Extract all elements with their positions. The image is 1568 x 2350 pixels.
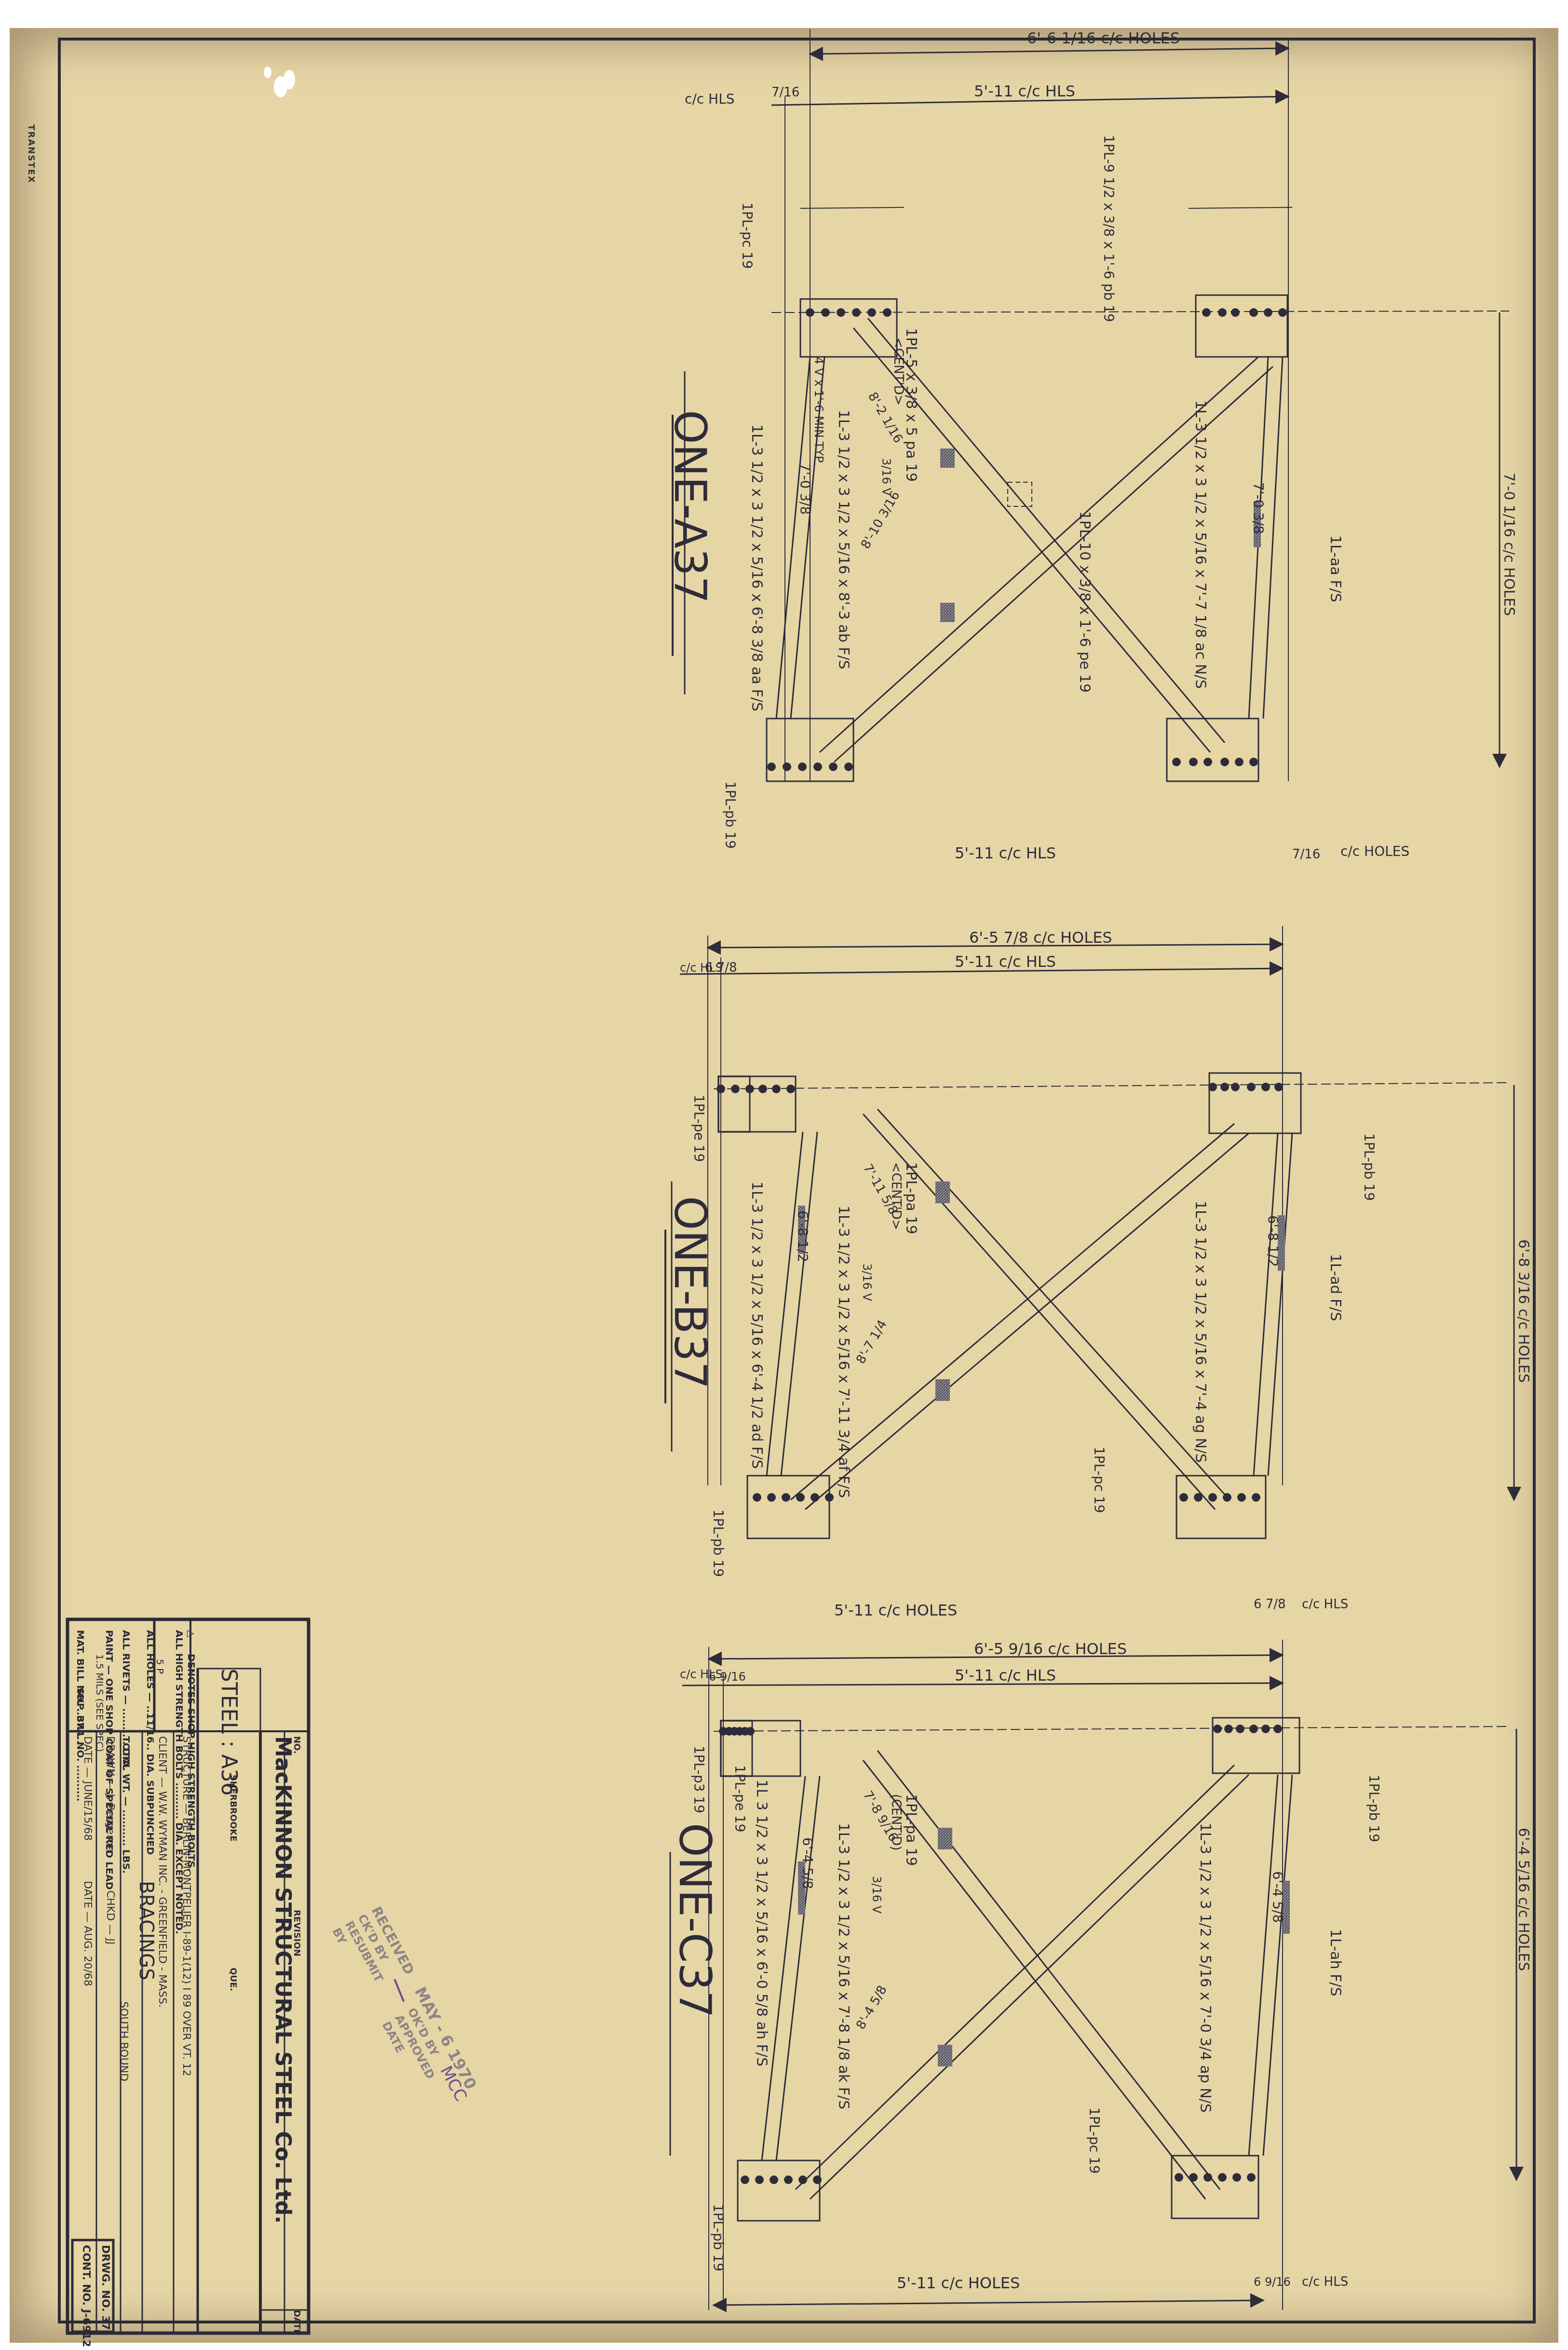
- b37-center-note: <CENT'D>: [889, 1162, 903, 1230]
- assembly-a37-labels: 6'-6 1/16 c/c HOLES 5'-11 c/c HLS 7/16 c…: [664, 29, 1517, 862]
- c37-overall-holes: 6'-5 9/16 c/c HOLES: [974, 1640, 1127, 1658]
- drawing-canvas: 6'-6 1/16 c/c HOLES 5'-11 c/c HLS 7/16 c…: [0, 0, 1568, 2350]
- c37-offset-top-label: c/c HLS: [680, 1668, 723, 1681]
- a37-weld-center: 3/16 V: [879, 458, 893, 496]
- c37-plate-bottom-left: 1PL-pb 19: [710, 2204, 726, 2271]
- revision-date-header: DATE: [292, 2310, 302, 2335]
- a37-splice-plate: 1PL-10 x 3/8 x 1'-6 pe 19: [1076, 511, 1093, 693]
- assembly-c37: [682, 1640, 1516, 2310]
- revision-no-header: NO.: [292, 1736, 302, 1754]
- b37-plate-bottom-right: 1PL-pc 19: [1091, 1447, 1107, 1513]
- a37-weld-note: 4 V x 1'-6 MIN TYP: [812, 357, 825, 462]
- c37-diagonal-length-2: 8'-4 5/8: [853, 1983, 890, 2032]
- b37-span-top: 5'-11 c/c HLS: [955, 952, 1056, 971]
- company-city: SHERBROOKE: [228, 1775, 238, 1842]
- drawing-subtitle: SOUTH BOUND: [118, 2001, 130, 2081]
- a37-height-holes: 7'-0 1/16 c/c HOLES: [1500, 473, 1517, 616]
- b37-height-holes: 6'-8 3/16 c/c HOLES: [1515, 1239, 1532, 1383]
- b37-left-post-length: 6'-8 1/2: [795, 1210, 811, 1262]
- a37-offset-bottom-label: c/c HOLES: [1340, 843, 1409, 859]
- b37-right-post-length: 6'-8 1/2: [1265, 1215, 1281, 1267]
- a37-plate-bottom-left: 1PL-pb 19: [722, 781, 738, 849]
- company-province: QUE.: [228, 1968, 238, 1991]
- b37-offset-top-label: c/c HLS: [680, 961, 723, 975]
- c37-left-post: 1L 3 1/2 x 3 1/2 x 5/16 x 6'-0 5/8 ah F/…: [753, 1779, 770, 2066]
- punch-holes: [264, 67, 295, 97]
- a37-center-note: <CENT'D>: [891, 338, 906, 406]
- c37-plate-bottom-right: 1PL-pc 19: [1086, 2107, 1102, 2174]
- c37-left-post-length: 6'-4 5/8: [799, 1837, 815, 1889]
- c37-center-note: (CENT'D): [889, 1794, 903, 1850]
- c37-height-holes: 6'-4 5/16 c/c HOLES: [1515, 1828, 1532, 1971]
- note-paint-extra: 1.5 MILS (SEE SPEC): [94, 1654, 106, 1752]
- revision-header: REVISION: [292, 1910, 302, 1956]
- a37-span-bottom: 5'-11 c/c HLS: [955, 844, 1056, 862]
- drawing-number: DRWG. NO. 37: [99, 2245, 111, 2330]
- b37-center-plate: 1PL-pa 19: [903, 1162, 919, 1234]
- drawn-by: DRAWN — J. Bergeron: [104, 1736, 116, 1852]
- c37-plate-top-left: 1PL-p3 19: [691, 1746, 707, 1813]
- a37-diagonal: 1L-3 1/2 x 3 1/2 x 5/16 x 8'-3 ab F/S: [835, 410, 852, 669]
- a37-diagonal-length-2: 8'-10 3/16: [858, 489, 903, 551]
- drawing-title: BRACINGS: [135, 1881, 157, 1980]
- a37-right-post-mark: 1L-aa F/S: [1327, 535, 1344, 602]
- a37-offset-top-label: c/c HLS: [685, 91, 735, 107]
- b37-plate-top-right: 1PL-pb 19: [1361, 1133, 1377, 1201]
- a37-right-post-length: 7'-0 3/8: [1250, 482, 1266, 534]
- checked-by: CHKD — JJ: [104, 1890, 116, 1944]
- c37-diagonal: 1L-3 1/2 x 3 1/2 x 5/16 x 7'-8 1/8 ak F/…: [835, 1823, 852, 2109]
- a37-left-post: 1L-3 1/2 x 3 1/2 x 5/16 x 6'-8 3/8 aa F/…: [748, 424, 765, 711]
- c37-weld-center: 3/16 V: [870, 1876, 883, 1914]
- a37-offset-top: 7/16: [771, 85, 799, 100]
- client-field: CLIENT — W.W. WYMAN INC. - GREENFIELD - …: [156, 1736, 168, 2008]
- b37-offset-bottom: 6 7/8: [1254, 1597, 1286, 1612]
- c37-right-post-mark: 1L-ah F/S: [1327, 1929, 1344, 1996]
- c37-span-bottom: 5'-11 c/c HOLES: [897, 2274, 1020, 2292]
- b37-span-bottom: 5'-11 c/c HOLES: [834, 1601, 957, 1619]
- b37-right-post: 1L-3 1/2 x 3 1/2 x 5/16 x 7'-4 ag N/S: [1192, 1201, 1209, 1463]
- c37-plate-mid-left: 1PL-pe 19: [732, 1765, 748, 1832]
- note-total-weight: TOTAL WT. — .......... LBS.: [121, 1736, 132, 1874]
- a37-offset-bottom: 7/16: [1292, 847, 1320, 862]
- note-holes-extra: 5 P: [154, 1659, 166, 1674]
- b37-left-post: 1L-3 1/2 x 3 1/2 x 5/16 x 6'-4 1/2 ad F/…: [748, 1182, 765, 1469]
- c37-offset-bottom-label: c/c HLS: [1302, 2275, 1348, 2289]
- b37-diagonal-length-2: 8'-7 1/4: [853, 1318, 890, 1366]
- received-stamp: RECEIVED MAY - 6 1970 CK'D BY OK'D BY RE…: [329, 1903, 483, 2118]
- c37-span-top: 5'-11 c/c HLS: [955, 1666, 1056, 1684]
- b37-offset-bottom-label: c/c HLS: [1302, 1597, 1348, 1612]
- b37-plate-bottom-left: 1PL-pb 19: [710, 1509, 726, 1577]
- c37-mark: ONE-C37: [669, 1823, 720, 2018]
- c37-right-post: 1L-3 1/2 x 3 1/2 x 5/16 x 7'-0 3/4 ap N/…: [1197, 1823, 1214, 2113]
- a37-overall-holes: 6'-6 1/16 c/c HOLES: [1027, 29, 1180, 47]
- date-checked: DATE — AUG. 20/68: [81, 1881, 94, 1986]
- b37-plate-top-left: 1PL-pe 19: [691, 1095, 707, 1162]
- c37-plate-top-right: 1PL-pb 19: [1366, 1775, 1382, 1842]
- contract-number: CONT. NO. J-6912: [80, 2245, 92, 2347]
- a37-span-top: 5'-11 c/c HLS: [974, 82, 1075, 100]
- company-name: MacKINNON STRUCTURAL STEEL Co. Ltd.: [270, 1736, 295, 2224]
- b37-diagonal: 1L-3 1/2 x 3 1/2 x 5/16 x 7'-11 3/4 af F…: [835, 1206, 852, 1498]
- a37-right-post: 1L-3 1/2 x 3 1/2 x 5/16 x 7'-7 1/8 ac N/…: [1192, 400, 1209, 689]
- c37-right-post-length: 6'-4 5/8: [1270, 1871, 1285, 1923]
- a37-plate-top-right: 1PL-9 1/2 x 3/8 x 1'-6 pb 19: [1101, 135, 1117, 322]
- c37-center-plate: 1PL-pa 19: [903, 1794, 919, 1866]
- c37-offset-bottom: 6 9/16: [1254, 2275, 1291, 2289]
- assembly-b37-labels: 6'-5 7/8 c/c HOLES 5'-11 c/c HLS 6 7/8 c…: [664, 928, 1532, 1619]
- a37-left-post-length: 7'-0 3/8: [797, 463, 813, 515]
- structure-field: STRUCTURE — BERLIN-MONTPELIER I-89-1(12)…: [180, 1736, 192, 2077]
- date-drawn: DATE — JUNE/15/68: [81, 1736, 94, 1841]
- b37-overall-holes: 6'-5 7/8 c/c HOLES: [969, 928, 1112, 947]
- a37-plate-top-left: 1PL-pc 19: [739, 203, 755, 269]
- b37-right-post-mark: 1L-ad F/S: [1327, 1254, 1344, 1321]
- b37-weld-center: 3/16 V: [860, 1263, 874, 1302]
